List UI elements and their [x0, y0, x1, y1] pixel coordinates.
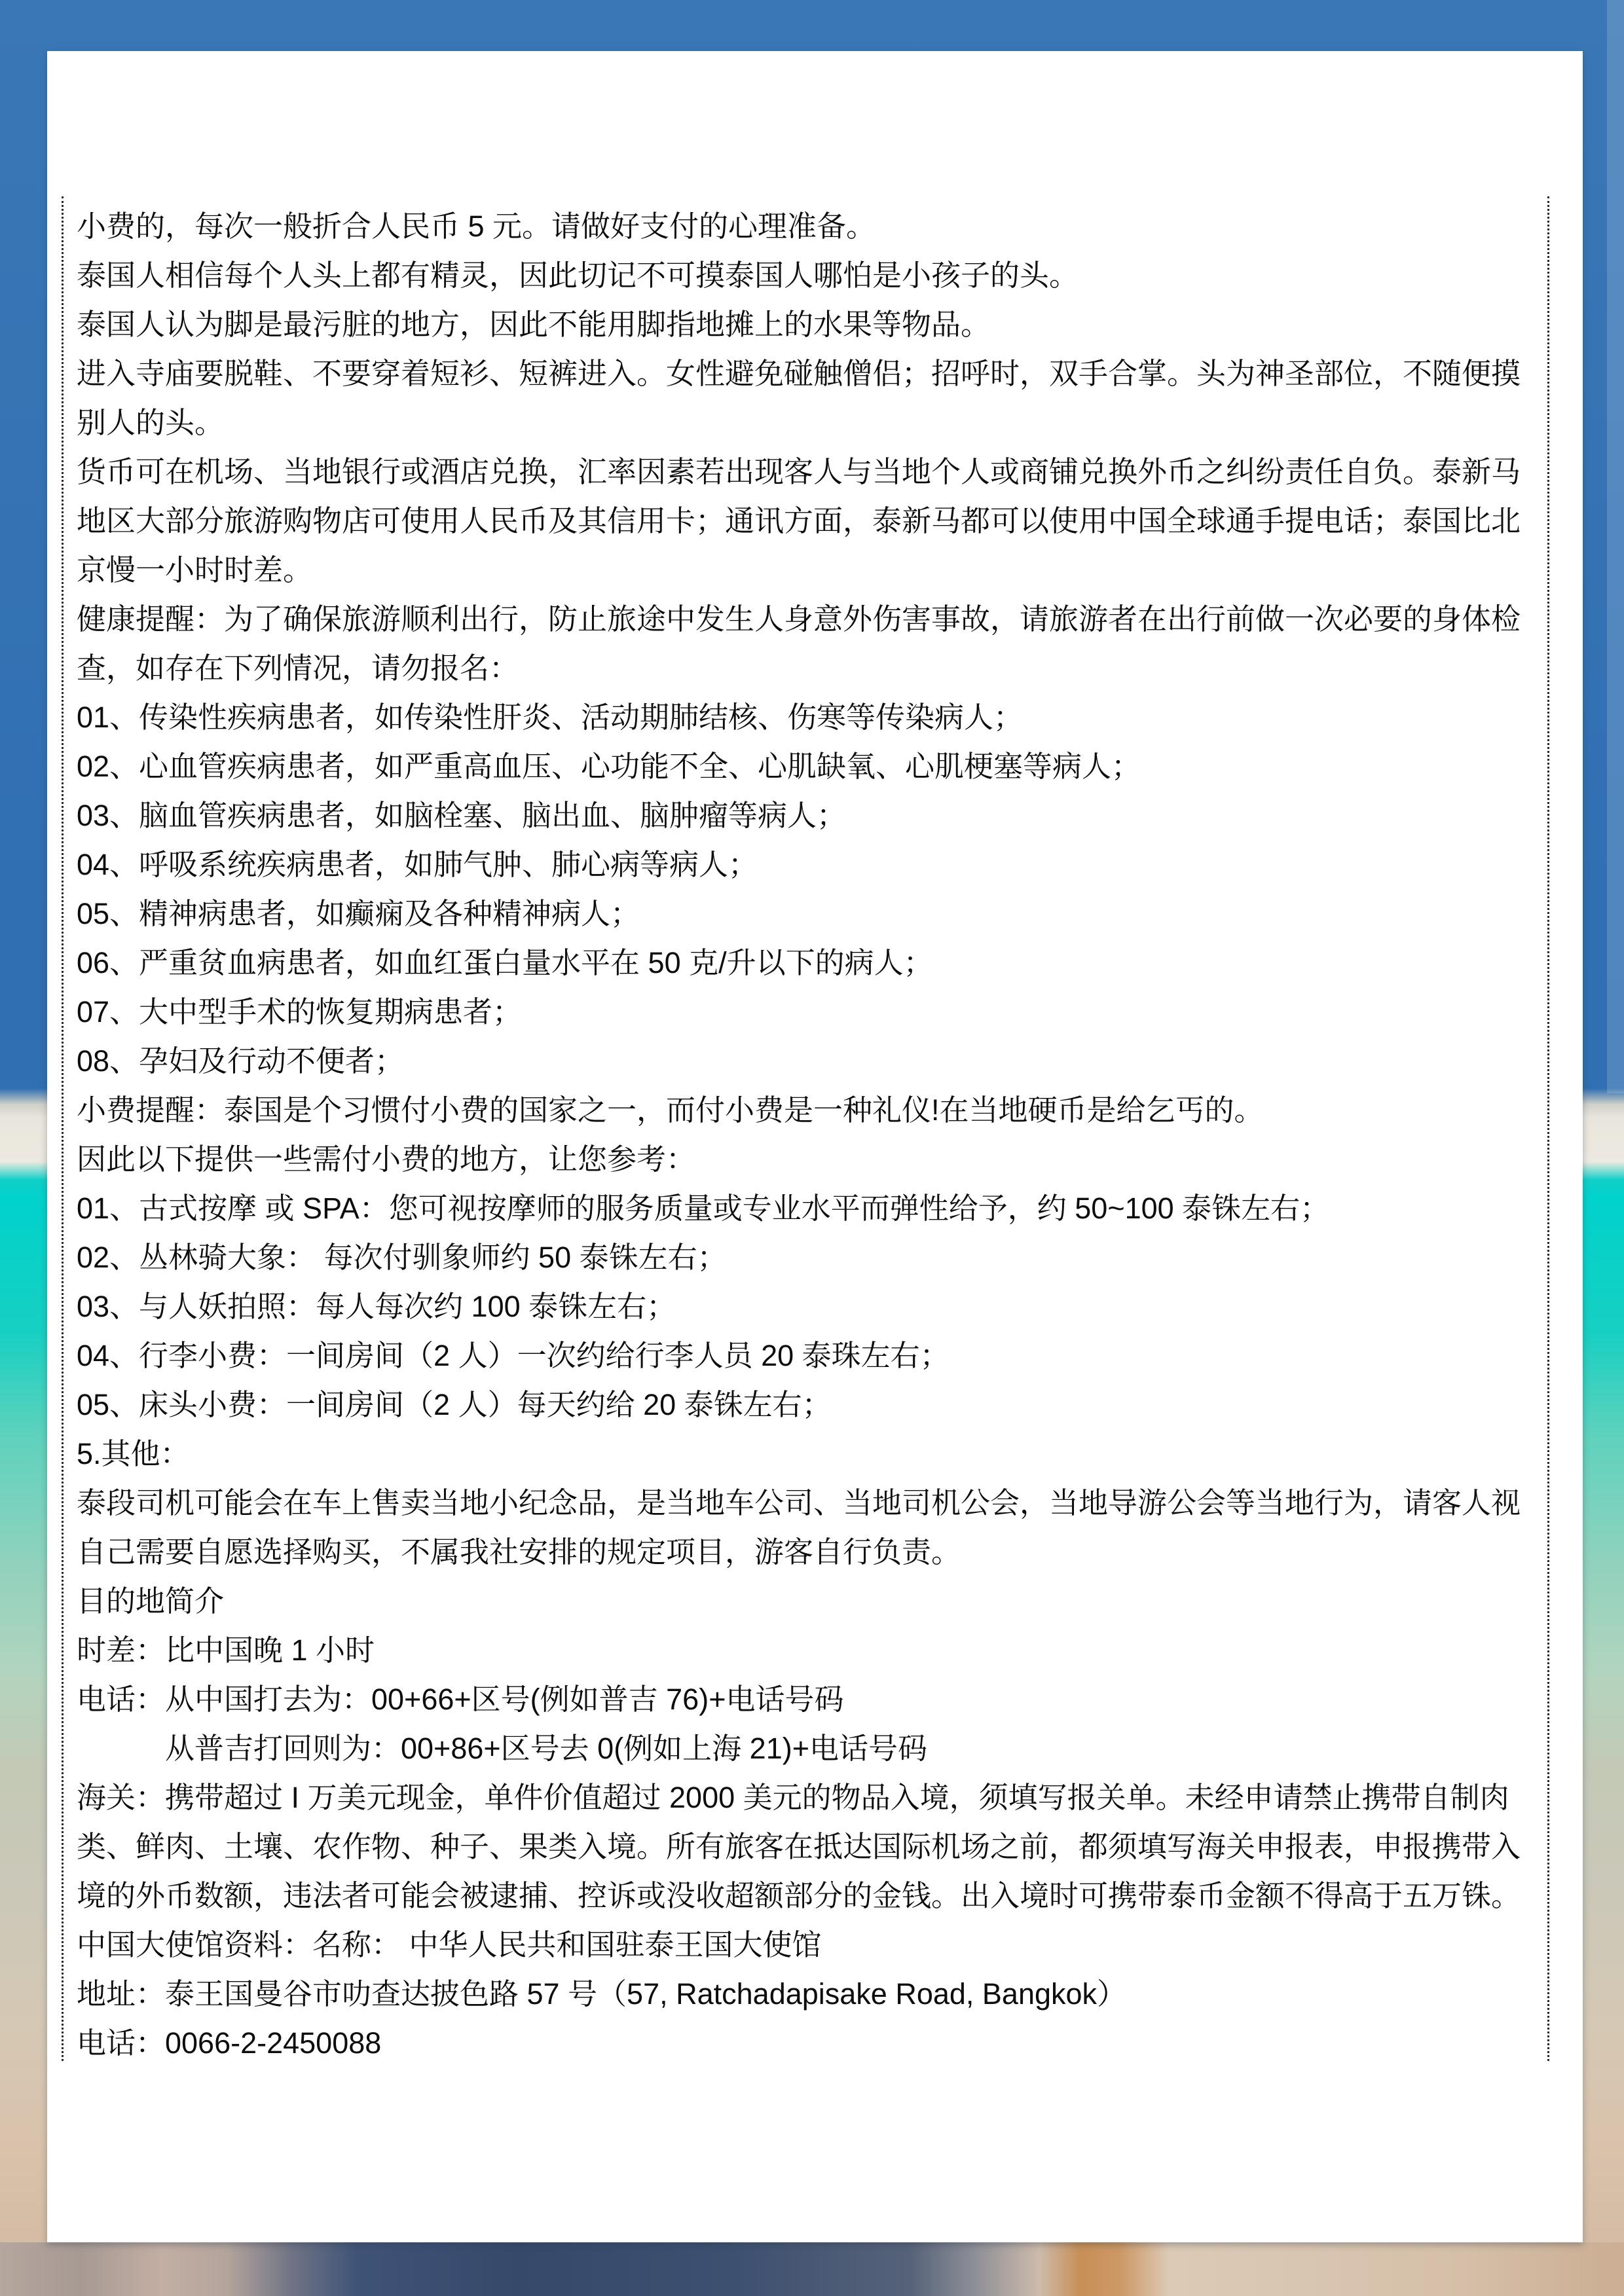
text-line: 03、脑血管疾病患者，如脑栓塞、脑出血、脑肿瘤等病人；: [77, 791, 1547, 840]
text-line: 电话：0066-2-2450088: [77, 2018, 1547, 2068]
text-line: 境的外币数额，违法者可能会被逮捕、控诉或没收超额部分的金钱。出入境时可携带泰币金…: [77, 1871, 1547, 1920]
text-line: 健康提醒：为了确保旅游顺利出行，防止旅途中发生人身意外伤害事故，请旅游者在出行前…: [77, 594, 1547, 644]
sky-highlight-band: [1607, 0, 1624, 1093]
text-line: 小费提醒：泰国是个习惯付小费的国家之一，而付小费是一种礼仪!在当地硬币是给乞丐的…: [77, 1085, 1547, 1135]
text-line: 07、大中型手术的恢复期病患者；: [77, 987, 1547, 1036]
text-line: 从普吉打回则为：00+86+区号去 0(例如上海 21)+电话号码: [77, 1724, 1547, 1773]
text-line: 自己需要自愿选择购买，不属我社安排的规定项目，游客自行负责。: [77, 1527, 1547, 1576]
text-line: 货币可在机场、当地银行或酒店兑换，汇率因素若出现客人与当地个人或商铺兑换外币之纠…: [77, 447, 1547, 496]
dashed-border-right: [1547, 196, 1549, 2061]
text-line: 02、丛林骑大象： 每次付驯象师约 50 泰铢左右；: [77, 1233, 1547, 1282]
dashed-border-left: [62, 196, 64, 2061]
text-line: 类、鲜肉、土壤、农作物、种子、果类入境。所有旅客在抵达国际机场之前，都须填写海关…: [77, 1822, 1547, 1871]
text-line: 06、严重贫血病患者，如血红蛋白量水平在 50 克/升以下的病人；: [77, 938, 1547, 987]
text-line: 01、古式按摩 或 SPA：您可视按摩师的服务质量或专业水平而弹性给予，约 50…: [77, 1184, 1547, 1233]
text-line: 01、传染性疾病患者，如传染性肝炎、活动期肺结核、伤寒等传染病人；: [77, 693, 1547, 742]
text-line: 05、精神病患者，如癫痫及各种精神病人；: [77, 889, 1547, 938]
text-line: 电话：从中国打去为：00+66+区号(例如普吉 76)+电话号码: [77, 1675, 1547, 1724]
text-line: 04、呼吸系统疾病患者，如肺气肿、肺心病等病人；: [77, 840, 1547, 889]
text-line: 地区大部分旅游购物店可使用人民币及其信用卡；通讯方面，泰新马都可以使用中国全球通…: [77, 496, 1547, 545]
text-line: 时差：比中国晚 1 小时: [77, 1626, 1547, 1675]
text-line: 5.其他：: [77, 1429, 1547, 1478]
text-line: 03、与人妖拍照：每人每次约 100 泰铢左右；: [77, 1282, 1547, 1331]
document-page: 小费的，每次一般折合人民币 5 元。请做好支付的心理准备。泰国人相信每个人头上都…: [47, 51, 1583, 2242]
beach-sand-strip: [0, 2242, 1624, 2296]
text-line: 04、行李小费：一间房间（2 人）一次约给行李人员 20 泰珠左右；: [77, 1331, 1547, 1380]
text-line: 05、床头小费：一间房间（2 人）每天约给 20 泰铢左右；: [77, 1380, 1547, 1429]
text-line: 海关：携带超过 I 万美元现金，单件价值超过 2000 美元的物品入境，须填写报…: [77, 1773, 1547, 1822]
text-line: 泰国人相信每个人头上都有精灵，因此切记不可摸泰国人哪怕是小孩子的头。: [77, 251, 1547, 300]
text-line: 查，如存在下列情况，请勿报名：: [77, 644, 1547, 693]
text-line: 别人的头。: [77, 398, 1547, 447]
document-text: 小费的，每次一般折合人民币 5 元。请做好支付的心理准备。泰国人相信每个人头上都…: [77, 202, 1547, 2068]
text-line: 小费的，每次一般折合人民币 5 元。请做好支付的心理准备。: [77, 202, 1547, 251]
text-line: 目的地简介: [77, 1576, 1547, 1626]
text-line: 中国大使馆资料：名称： 中华人民共和国驻泰王国大使馆: [77, 1920, 1547, 1969]
text-line: 泰国人认为脚是最污脏的地方，因此不能用脚指地摊上的水果等物品。: [77, 300, 1547, 349]
text-line: 泰段司机可能会在车上售卖当地小纪念品，是当地车公司、当地司机公会，当地导游公会等…: [77, 1478, 1547, 1527]
text-line: 进入寺庙要脱鞋、不要穿着短衫、短裤进入。女性避免碰触僧侣；招呼时，双手合掌。头为…: [77, 349, 1547, 398]
text-line: 地址：泰王国曼谷市叻查达披色路 57 号（57, Ratchadapisake …: [77, 1969, 1547, 2018]
text-line: 因此以下提供一些需付小费的地方，让您参考：: [77, 1135, 1547, 1184]
text-line: 02、心血管疾病患者，如严重高血压、心功能不全、心肌缺氧、心肌梗塞等病人；: [77, 742, 1547, 791]
text-line: 08、孕妇及行动不便者；: [77, 1036, 1547, 1085]
text-line: 京慢一小时时差。: [77, 545, 1547, 594]
